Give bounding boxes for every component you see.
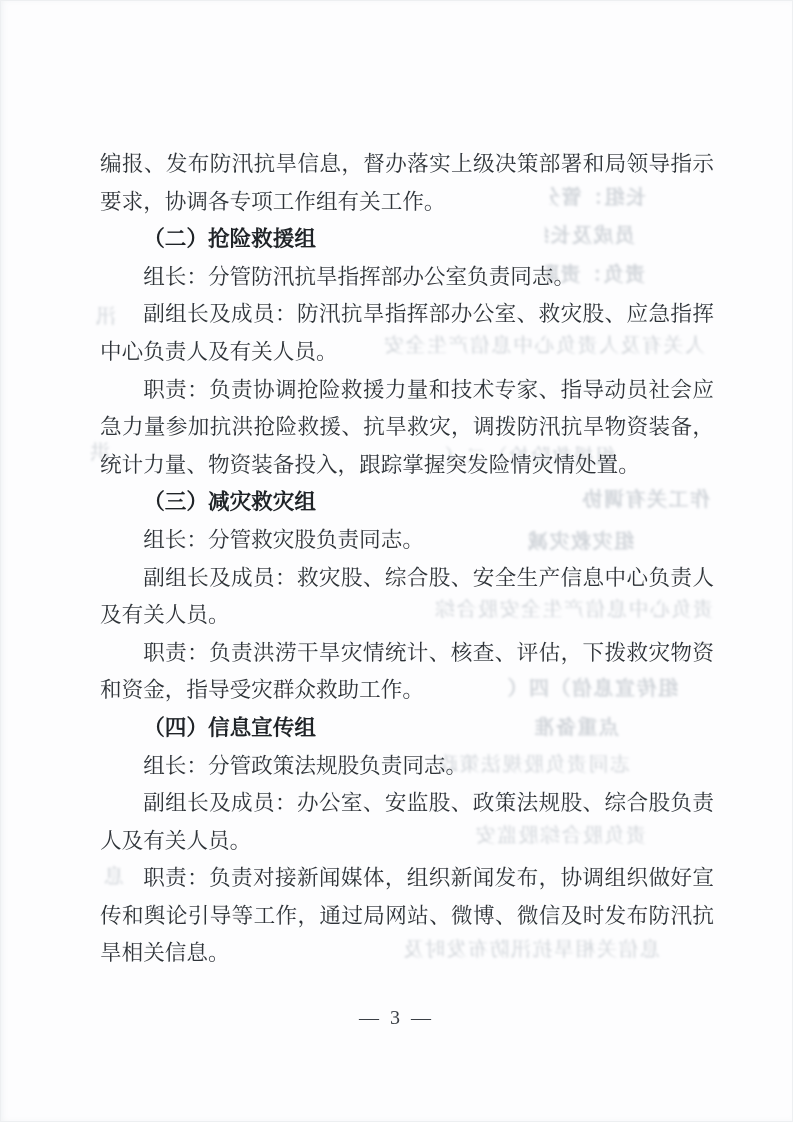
page-number: — 3 — [0, 1004, 793, 1032]
text-line: 职责：负责洪涝干旱灾情统计、核查、评估，下拨救灾物资 [100, 635, 714, 673]
text-line: 和资金，指导受灾群众救助工作。 [100, 672, 714, 710]
text-line: 职责：负责对接新闻媒体，组织新闻发布，协调组织做好宣 [100, 860, 714, 898]
text-line: 统计力量、物资装备投入，跟踪掌握突发险情灾情处置。 [100, 447, 714, 485]
text-line: 人及有关人员。 [100, 823, 714, 861]
section-heading: （三）减灾救灾组 [100, 484, 714, 522]
text-line: 副组长及成员：办公室、安监股、政策法规股、综合股负责 [100, 785, 714, 823]
text-line: 要求，协调各专项工作组有关工作。 [100, 184, 714, 222]
section-heading: （二）抢险救援组 [100, 221, 714, 259]
section-heading: （四）信息宣传组 [100, 710, 714, 748]
text-line: 副组长及成员：防汛抗旱指挥部办公室、救灾股、应急指挥 [100, 296, 714, 334]
scanned-document-page: 长组：管分员成及长组责负：责职汛人关有及人责负心中息信产生全安洪组援救险抢）二（… [0, 0, 793, 1122]
text-line: 组长：分管救灾股负责同志。 [100, 522, 714, 560]
text-line: 组长：分管防汛抗旱指挥部办公室负责同志。 [100, 259, 714, 297]
text-line: 中心负责人及有关人员。 [100, 334, 714, 372]
text-line: 急力量参加抗洪抢险救援、抗旱救灾，调拨防汛抗旱物资装备， [100, 409, 714, 447]
text-line: 职责：负责协调抢险救援力量和技术专家、指导动员社会应 [100, 372, 714, 410]
text-line: 编报、发布防汛抗旱信息，督办落实上级决策部署和局领导指示 [100, 146, 714, 184]
text-line: 旱相关信息。 [100, 935, 714, 973]
text-line: 副组长及成员：救灾股、综合股、安全生产信息中心负责人 [100, 560, 714, 598]
text-line: 组长：分管政策法规股负责同志。 [100, 748, 714, 786]
text-line: 传和舆论引导等工作，通过局网站、微博、微信及时发布防汛抗 [100, 898, 714, 936]
text-line: 及有关人员。 [100, 597, 714, 635]
page-text: 编报、发布防汛抗旱信息，督办落实上级决策部署和局领导指示要求，协调各专项工作组有… [100, 146, 714, 973]
